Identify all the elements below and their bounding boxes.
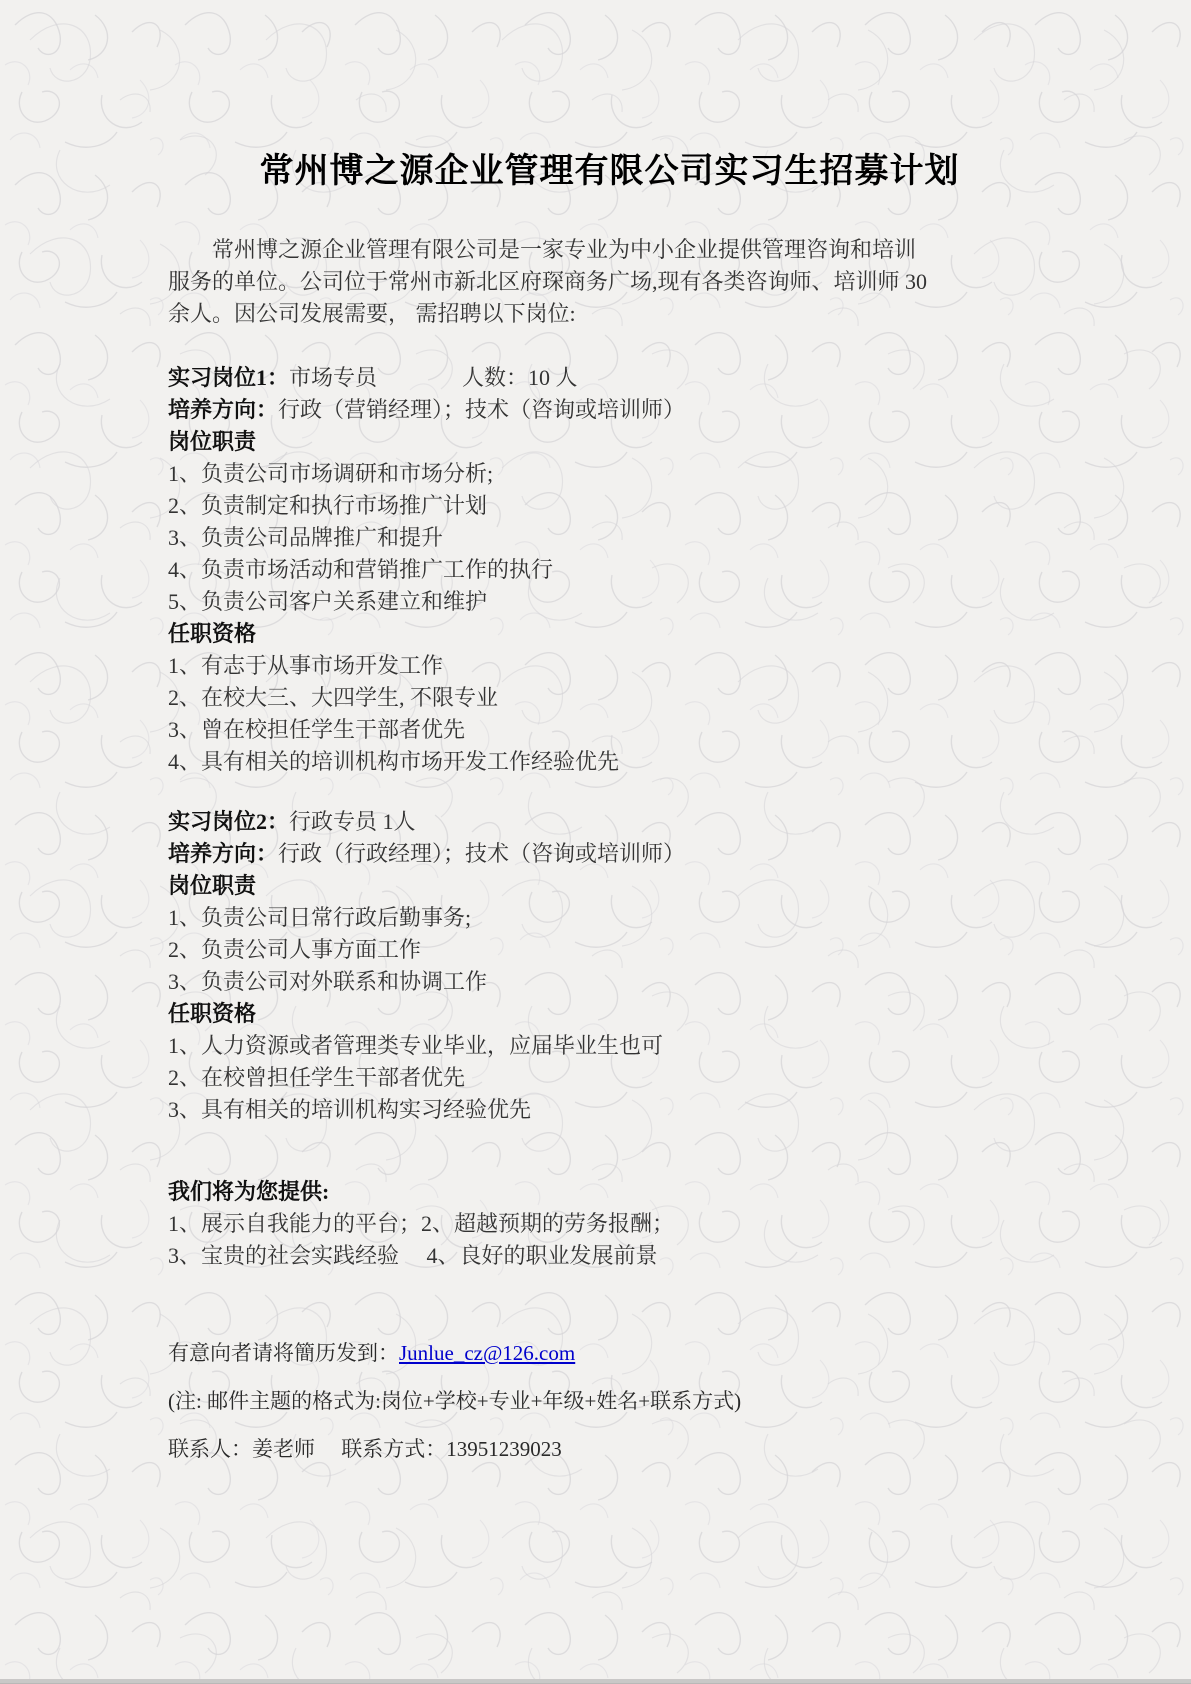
page-bottom-edge — [0, 1679, 1191, 1684]
job2-title-line: 实习岗位2：行政专员 1人 — [168, 806, 1023, 838]
job1-direction-label: 培养方向： — [168, 397, 278, 422]
job2-duty-item: 2、负责公司人事方面工作 — [168, 934, 1023, 966]
job1-qual-item: 4、具有相关的培训机构市场开发工作经验优先 — [168, 746, 1023, 778]
job1-duty-item: 5、负责公司客户关系建立和维护 — [168, 586, 1023, 618]
job1-label: 实习岗位1： — [168, 365, 289, 390]
job1-direction-text: 行政（营销经理）；技术（咨询或培训师） — [278, 397, 685, 422]
job1-qual-item: 2、在校大三、大四学生, 不限专业 — [168, 682, 1023, 714]
contact-email-line: 有意向者请将簡历发到：Junlue_cz@126.com — [168, 1338, 1023, 1368]
subject-format-note: (注: 邮件主题的格式为:岗位+学校+专业+年级+姓名+联系方式) — [168, 1386, 1023, 1416]
job1-qual-item: 3、曾在校担任学生干部者优先 — [168, 714, 1023, 746]
job1-section: 实习岗位1：市场专员人数：10 人 培养方向：行政（营销经理）；技术（咨询或培训… — [168, 362, 1023, 778]
job1-qual-item: 1、有志于从事市场开发工作 — [168, 650, 1023, 682]
contact-section: 有意向者请将簡历发到：Junlue_cz@126.com (注: 邮件主题的格式… — [168, 1338, 1023, 1464]
intro-paragraph: 常州博之源企业管理有限公司是一家专业为中小企业提供管理咨询和培训 服务的单位。公… — [168, 234, 1023, 330]
offer-line-2: 3、宝贵的社会实践经验 4、良好的职业发展前景 — [168, 1240, 1023, 1272]
offers-section: 我们将为您提供: 1、展示自我能力的平台；2、超越预期的劳务报酬； 3、宝贵的社… — [168, 1176, 1023, 1272]
job1-duty-item: 3、负责公司品牌推广和提升 — [168, 522, 1023, 554]
intro-line-2: 服务的单位。公司位于常州市新北区府琛商务广场,现有各类咨询师、培训师 30 — [168, 266, 1023, 298]
document-page: 常州博之源企业管理有限公司实习生招募计划 常州博之源企业管理有限公司是一家专业为… — [0, 0, 1191, 1684]
job2-section: 实习岗位2：行政专员 1人 培养方向：行政（行政经理）；技术（咨询或培训师） 岗… — [168, 806, 1023, 1126]
job2-qual-item: 3、具有相关的培训机构实习经验优先 — [168, 1094, 1023, 1126]
job2-direction-line: 培养方向：行政（行政经理）；技术（咨询或培训师） — [168, 838, 1023, 870]
page-title: 常州博之源企业管理有限公司实习生招募计划 — [168, 150, 1023, 192]
job1-duty-item: 1、负责公司市场调研和市场分析; — [168, 458, 1023, 490]
job1-duty-item: 2、负责制定和执行市场推广计划 — [168, 490, 1023, 522]
job2-duty-item: 3、负责公司对外联系和协调工作 — [168, 966, 1023, 998]
job2-direction-text: 行政（行政经理）；技术（咨询或培训师） — [278, 841, 685, 866]
offer-line-1: 1、展示自我能力的平台；2、超越预期的劳务报酬； — [168, 1208, 1023, 1240]
email-label: 有意向者请将簡历发到： — [168, 1341, 399, 1365]
job2-qual-item: 1、人力资源或者管理类专业毕业，应届毕业生也可 — [168, 1030, 1023, 1062]
intro-line-3: 余人。因公司发展需要， 需招聘以下岗位: — [168, 298, 1023, 330]
document-content: 常州博之源企业管理有限公司实习生招募计划 常州博之源企业管理有限公司是一家专业为… — [168, 0, 1023, 1482]
offers-header: 我们将为您提供: — [168, 1176, 1023, 1208]
job2-position: 行政专员 1人 — [289, 809, 416, 834]
job2-duty-item: 1、负责公司日常行政后勤事务; — [168, 902, 1023, 934]
job2-direction-label: 培养方向： — [168, 841, 278, 866]
job1-duty-item: 4、负责市场活动和营销推广工作的执行 — [168, 554, 1023, 586]
job2-quals-header: 任职资格 — [168, 998, 1023, 1030]
email-link[interactable]: Junlue_cz@126.com — [399, 1341, 575, 1365]
job1-duties-header: 岗位职责 — [168, 426, 1023, 458]
job2-duties-header: 岗位职责 — [168, 870, 1023, 902]
job1-headcount: 人数：10 人 — [462, 365, 578, 390]
job1-direction-line: 培养方向：行政（营销经理）；技术（咨询或培训师） — [168, 394, 1023, 426]
job1-position: 市场专员 — [289, 365, 377, 390]
contact-person-line: 联系人：姜老师 联系方式：13951239023 — [168, 1434, 1023, 1464]
job1-title-line: 实习岗位1：市场专员人数：10 人 — [168, 362, 1023, 394]
job2-qual-item: 2、在校曾担任学生干部者优先 — [168, 1062, 1023, 1094]
job1-quals-header: 任职资格 — [168, 618, 1023, 650]
intro-line-1: 常州博之源企业管理有限公司是一家专业为中小企业提供管理咨询和培训 — [168, 234, 1023, 266]
job2-label: 实习岗位2： — [168, 809, 289, 834]
